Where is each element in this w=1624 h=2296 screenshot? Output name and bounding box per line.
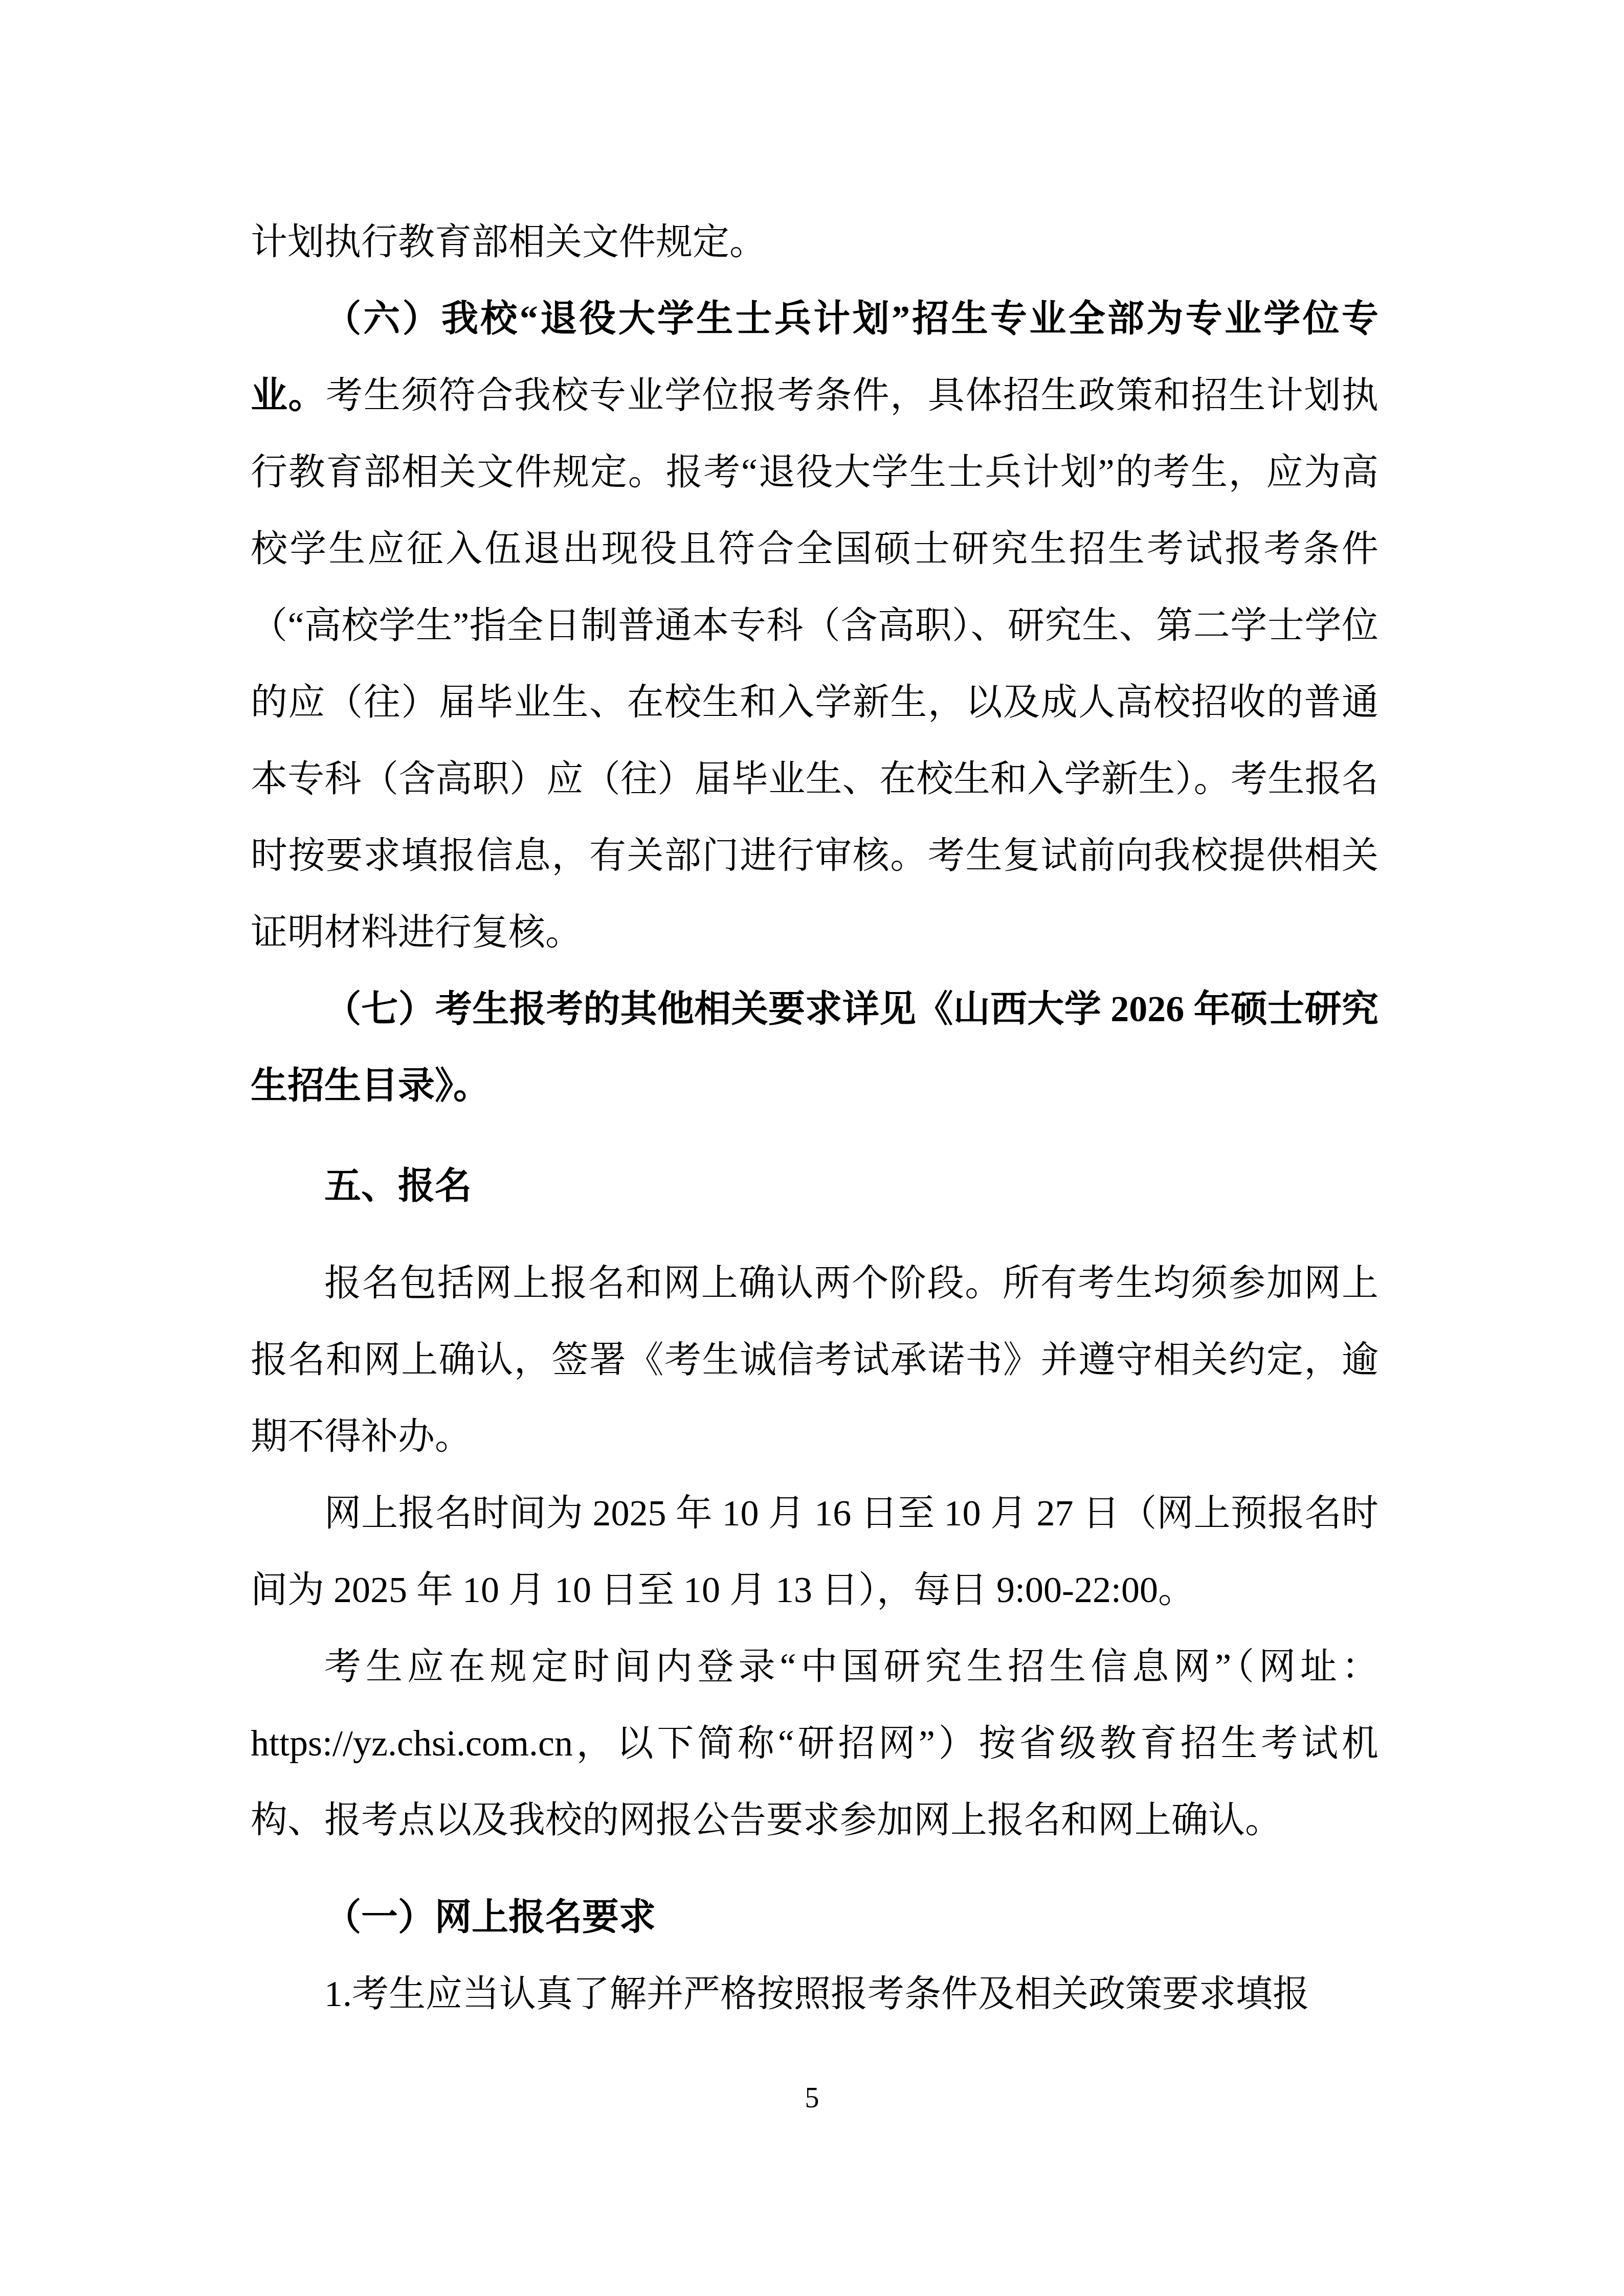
paragraph-item-seven: （七）考生报考的其他相关要求详见《山西大学 2026 年硕士研究生招生目录》。 bbox=[251, 971, 1378, 1124]
page-number: 5 bbox=[805, 2082, 819, 2114]
item-six-body-text: 考生须符合我校专业学位报考条件，具体招生政策和招生计划执行教育部相关文件规定。报… bbox=[251, 375, 1378, 953]
subsection-heading-online-registration-requirements: （一）网上报名要求 bbox=[251, 1879, 1378, 1955]
paragraph-item-six: （六）我校“退役大学生士兵计划”招生专业全部为专业学位专业。考生须符合我校专业学… bbox=[251, 280, 1378, 971]
paragraph-registration-website: 考生应在规定时间内登录“中国研究生招生信息网”（网址：https://yz.ch… bbox=[251, 1628, 1378, 1858]
document-body: 计划执行教育部相关文件规定。 （六）我校“退役大学生士兵计划”招生专业全部为专业… bbox=[0, 0, 1624, 2032]
document-page: 计划执行教育部相关文件规定。 （六）我校“退役大学生士兵计划”招生专业全部为专业… bbox=[0, 0, 1624, 2296]
paragraph-registration-time: 网上报名时间为 2025 年 10 月 16 日至 10 月 27 日（网上预报… bbox=[251, 1475, 1378, 1628]
paragraph-rule-1: 1.考生应当认真了解并严格按照报考条件及相关政策要求填报 bbox=[251, 1955, 1378, 2032]
section-heading-five-registration: 五、报名 bbox=[251, 1147, 1378, 1224]
page-footer: 5 bbox=[0, 2084, 1624, 2112]
paragraph-plan-continuation: 计划执行教育部相关文件规定。 bbox=[251, 204, 1378, 280]
paragraph-registration-overview: 报名包括网上报名和网上确认两个阶段。所有考生均须参加网上报名和网上确认，签署《考… bbox=[251, 1245, 1378, 1475]
